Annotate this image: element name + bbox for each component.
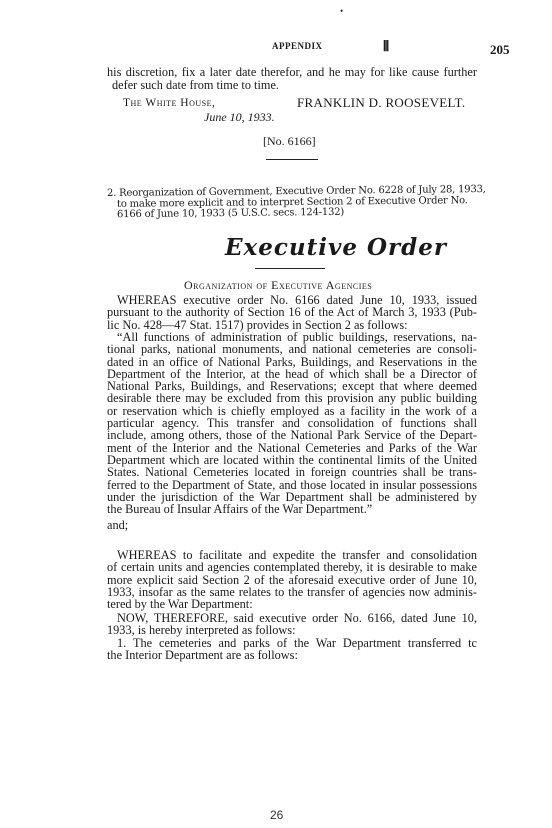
- signature-place: The White House,: [123, 97, 215, 109]
- note-line: 6166 of June 10, 1933 (5 U.S.C. secs. 12…: [117, 207, 344, 220]
- text-line: pursuant to the authority of Section 16 …: [107, 306, 477, 319]
- page-number: 26: [270, 808, 283, 822]
- text-line: his discretion, fix a later date therefo…: [107, 66, 477, 79]
- executive-order-title: Executive Order: [225, 234, 447, 261]
- text-line: of certain units and agencies contemplat…: [107, 561, 477, 574]
- document-page: • APPENDIX ⦀ 205 his discretion, fix a l…: [0, 0, 552, 828]
- divider: [255, 268, 325, 269]
- text-line: tional parks, national monuments, and na…: [107, 343, 477, 356]
- margin-marker-icon: ⦀: [383, 40, 389, 56]
- text-line: the Bureau of Insular Affairs of the War…: [107, 503, 477, 516]
- folio-page-number: 205: [490, 42, 510, 58]
- order-number: [No. 6166]: [263, 134, 316, 149]
- text-line: 1933, is hereby interpreted as follows:: [107, 624, 477, 637]
- and-line: and;: [107, 519, 128, 532]
- text-line: tered by the War Department:: [107, 598, 477, 611]
- speck-mark: •: [340, 6, 343, 16]
- text-line: States. National Cemeteries located in f…: [107, 466, 477, 479]
- running-head: APPENDIX: [272, 41, 323, 51]
- text-line: defer such date from time to time.: [112, 79, 279, 92]
- signature-name: FRANKLIN D. ROOSEVELT.: [297, 95, 465, 111]
- text-line: include, among others, those of the Nati…: [107, 429, 477, 442]
- text-line: the Interior Department are as follows:: [107, 649, 477, 662]
- signature-date: June 10, 1933.: [204, 110, 275, 125]
- divider: [266, 159, 318, 160]
- section-heading: Organization of Executive Agencies: [184, 278, 372, 293]
